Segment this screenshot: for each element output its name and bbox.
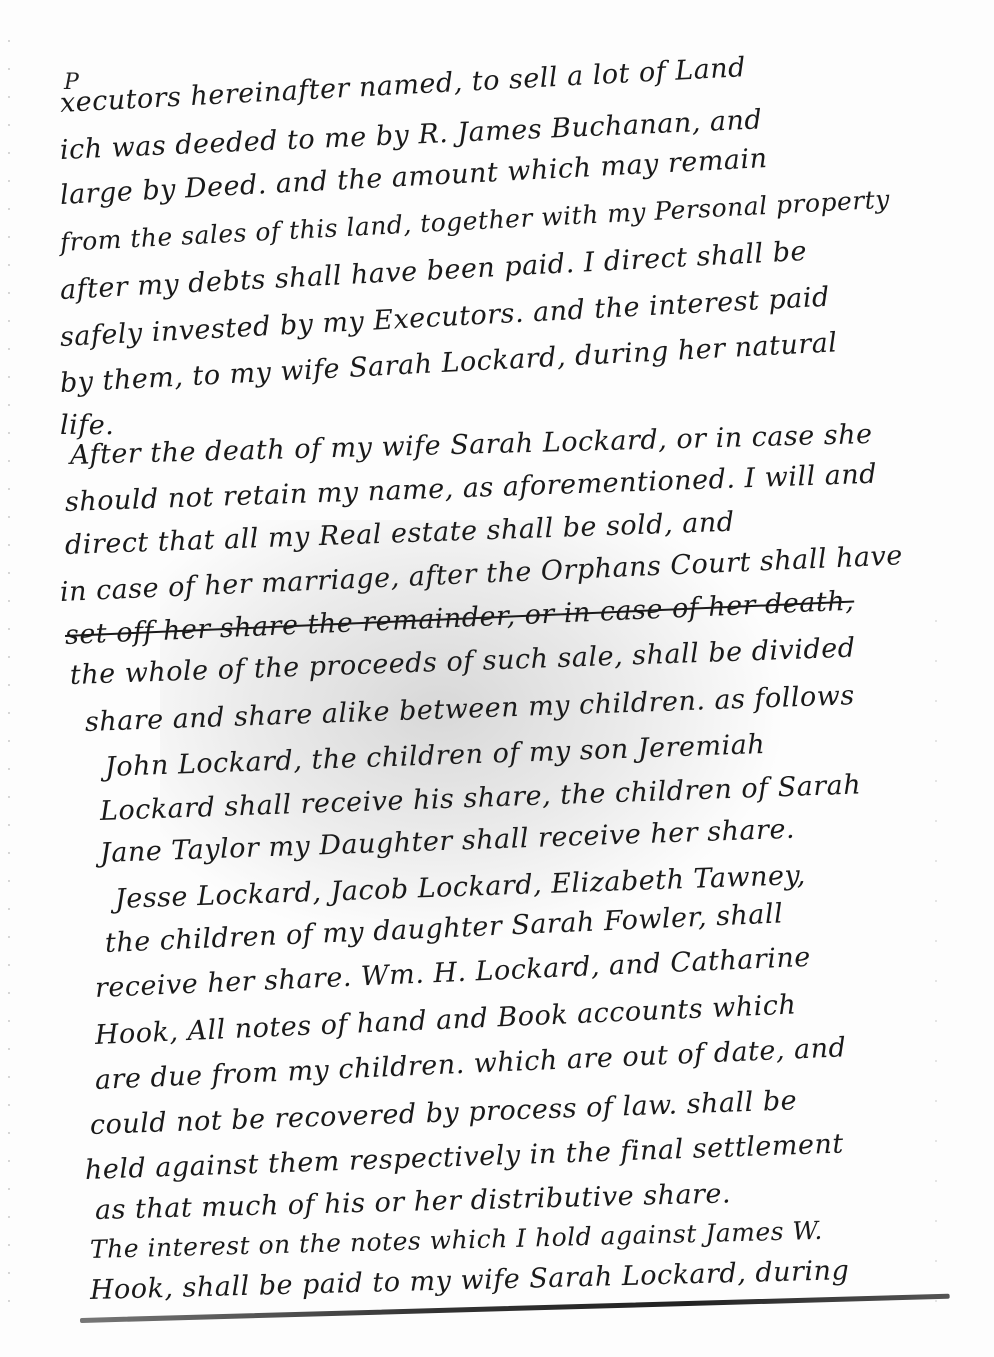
text-line-28: Hook, shall be paid to my wife Sarah Loc… bbox=[90, 1255, 850, 1306]
text-line-16: John Lockard, the children of my son Jer… bbox=[104, 729, 765, 783]
text-line-8: life. bbox=[60, 410, 114, 441]
right-margin-marks bbox=[935, 620, 937, 1320]
text-line-24: could not be recovered by process of law… bbox=[89, 1085, 797, 1141]
left-margin-punch-marks bbox=[8, 40, 10, 1320]
text-line-26: as that much of his or her distributive … bbox=[95, 1178, 732, 1226]
document-page: P xecutors hereinafter named, to sell a … bbox=[0, 0, 994, 1357]
